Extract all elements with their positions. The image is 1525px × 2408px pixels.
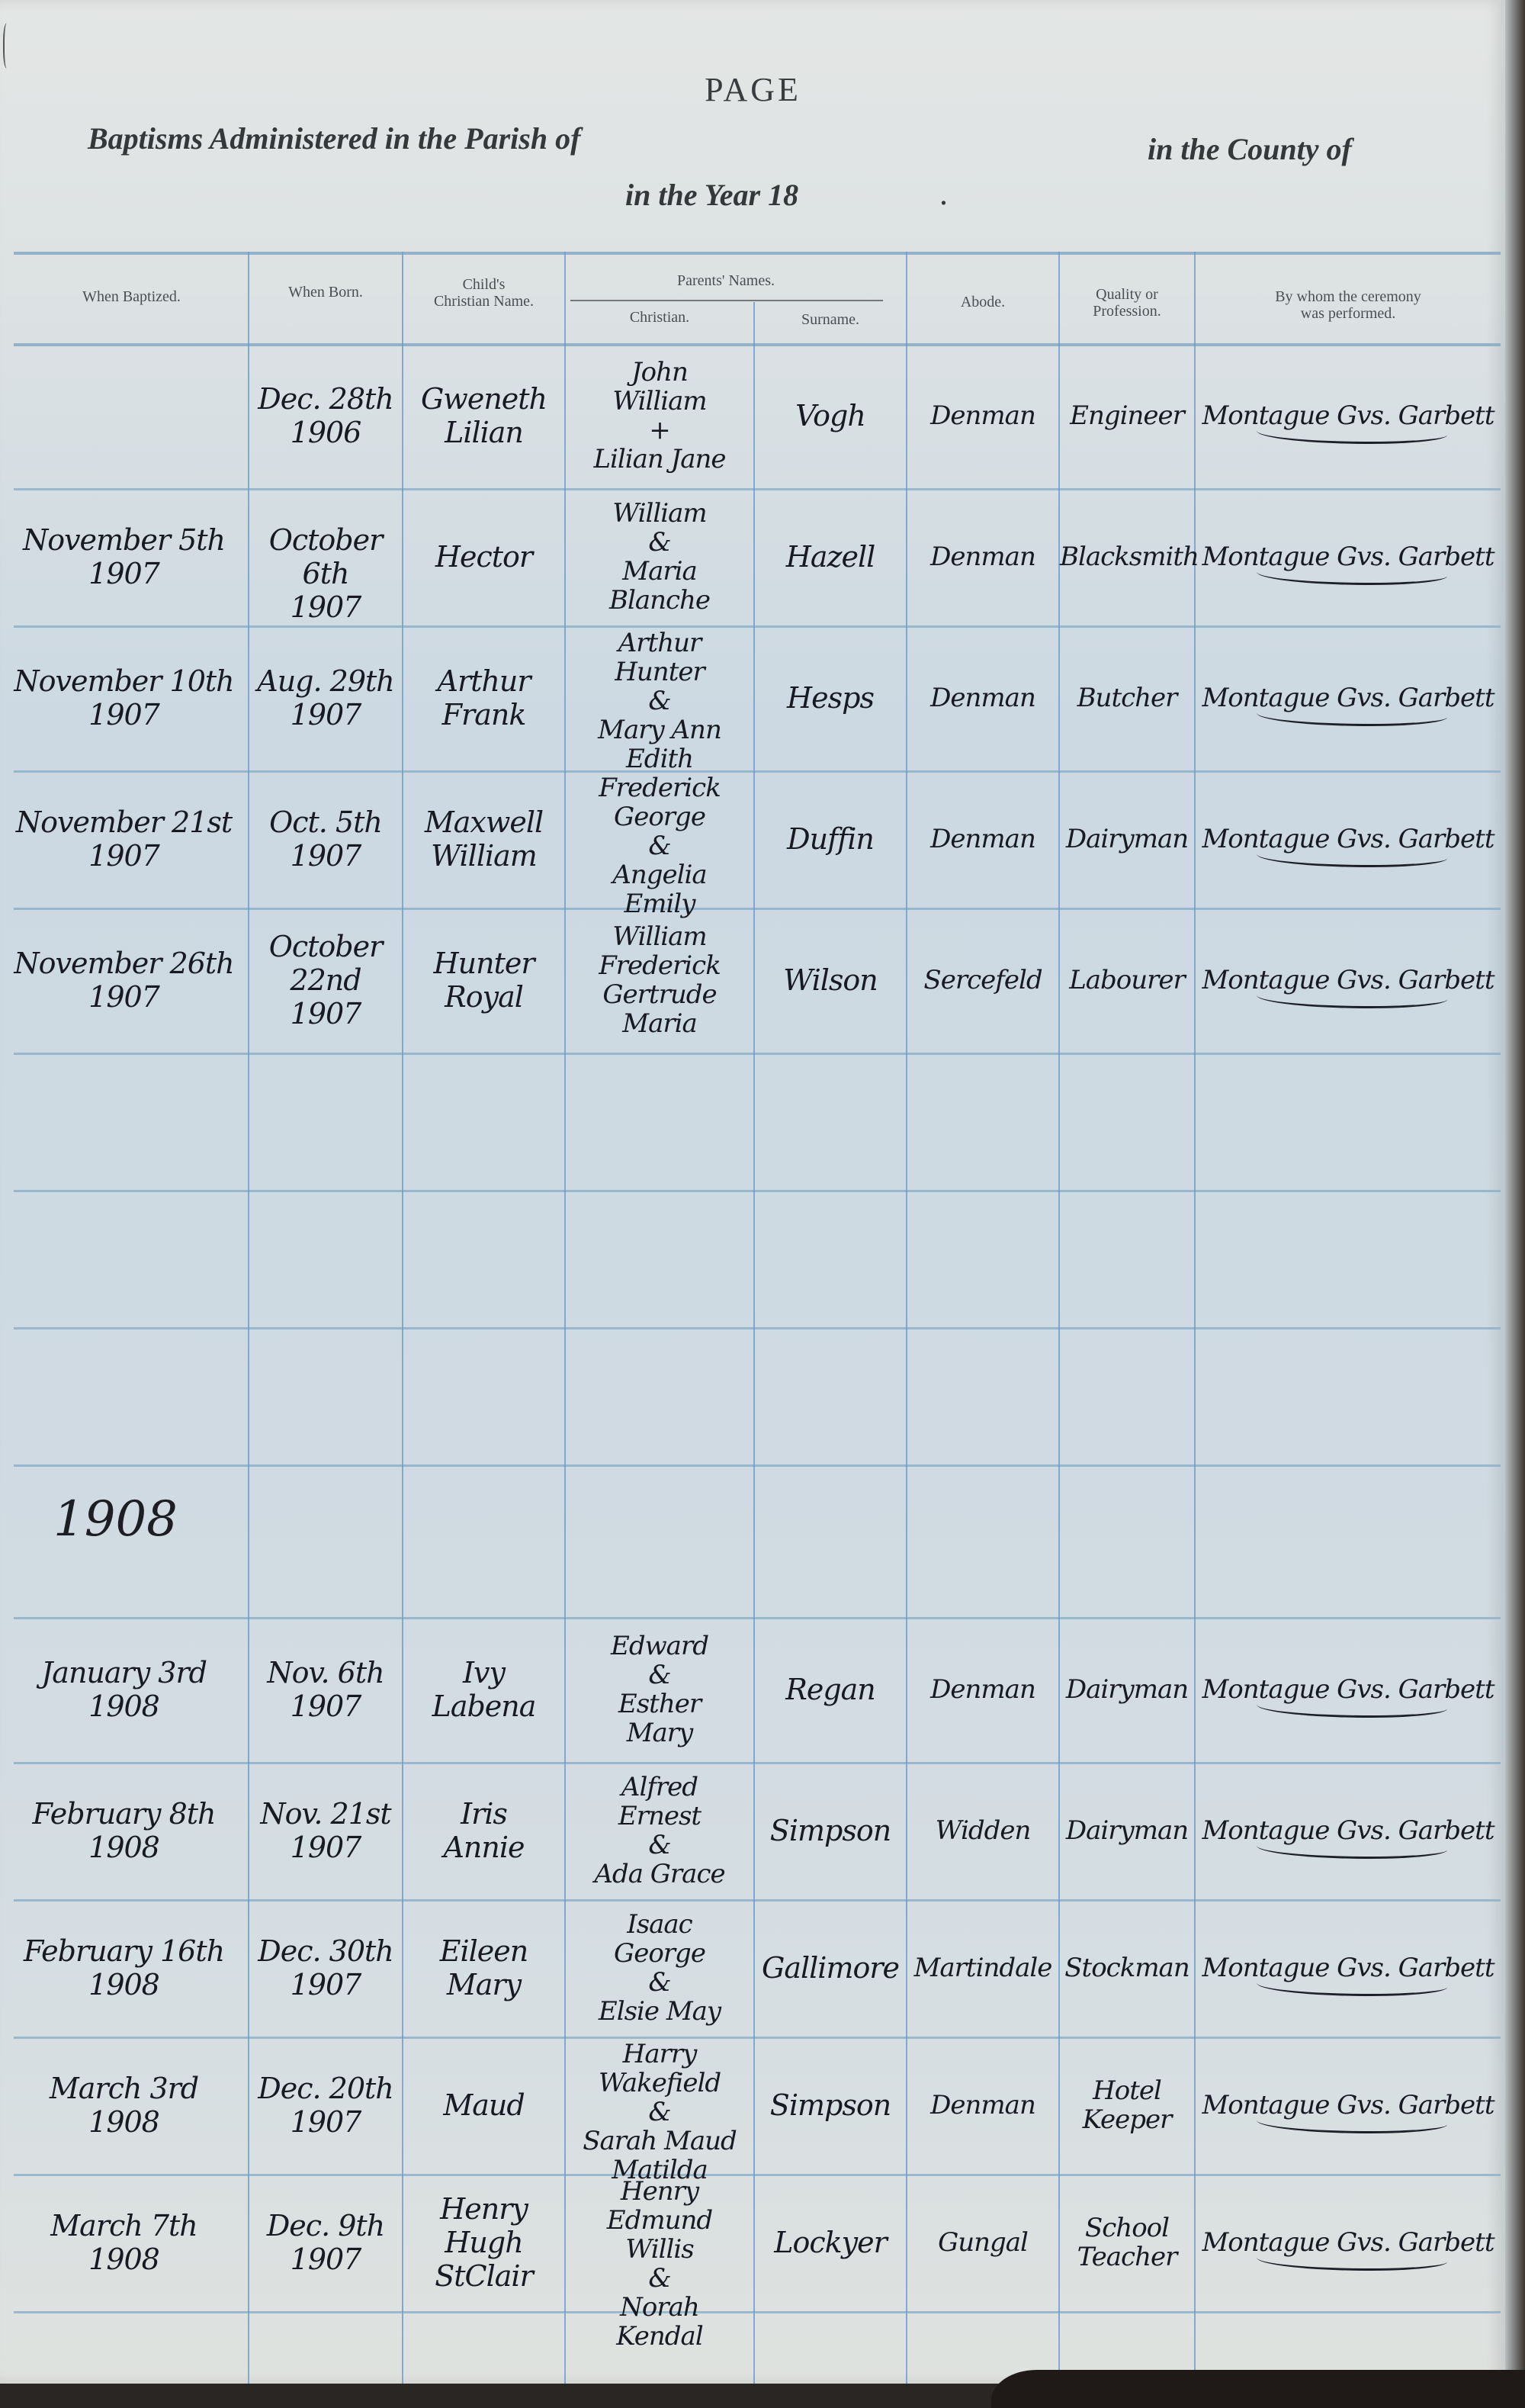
row-rule xyxy=(14,343,1501,346)
register-title: Baptisms Administered in the Parish of xyxy=(88,121,580,156)
cell-surname: Gallimore xyxy=(755,1951,906,1985)
cell-profession: Stockman xyxy=(1060,1953,1194,1982)
cell-parents-christian: Arthur Hunter & Mary Ann Edith xyxy=(566,629,753,773)
cell-child-name: Hunter Royal xyxy=(403,947,564,1014)
signature-flourish xyxy=(1257,1837,1447,1859)
cell-when-baptized: November 21st 1907 xyxy=(0,805,248,873)
cell-surname: Simpson xyxy=(755,2088,906,2122)
row-rule xyxy=(14,488,1501,490)
cell-abode: Denman xyxy=(907,401,1058,430)
cell-parents-christian: William & Maria Blanche xyxy=(566,499,753,615)
cell-when-born: Dec. 9th 1907 xyxy=(249,2209,402,2276)
cell-abode: Denman xyxy=(907,1675,1058,1704)
cell-when-born: Nov. 21st 1907 xyxy=(249,1797,402,1864)
col-child-name: Child's Christian Name. xyxy=(403,276,564,310)
cell-when-born: Dec. 30th 1907 xyxy=(249,1934,402,2001)
row-rule xyxy=(14,1464,1501,1467)
row-rule xyxy=(14,1327,1501,1329)
signature-flourish xyxy=(1257,845,1447,867)
cell-abode: Gungal xyxy=(907,2228,1058,2257)
county-label: in the County of xyxy=(1148,131,1352,167)
cell-when-baptized: November 10th 1907 xyxy=(0,664,248,731)
cell-profession: Blacksmith xyxy=(1060,542,1194,571)
cell-when-baptized: November 5th 1907 xyxy=(0,523,248,590)
cell-profession: Dairyman xyxy=(1060,825,1194,854)
cell-parents-christian: Alfred Ernest & Ada Grace xyxy=(566,1773,753,1889)
col-parents-christian: Christian. xyxy=(566,309,753,326)
cell-abode: Denman xyxy=(907,825,1058,854)
cell-when-baptized: February 8th 1908 xyxy=(0,1797,248,1864)
cell-surname: Simpson xyxy=(755,1814,906,1847)
row-rule xyxy=(14,2037,1501,2039)
row-rule xyxy=(14,1899,1501,1902)
column-rule xyxy=(906,252,907,2384)
row-rule xyxy=(14,252,1501,255)
cell-surname: Lockyer xyxy=(755,2226,906,2259)
row-rule xyxy=(14,908,1501,910)
cell-surname: Wilson xyxy=(755,963,906,997)
year-dot: . xyxy=(939,174,948,213)
row-rule xyxy=(14,1762,1501,1764)
row-rule xyxy=(14,1053,1501,1055)
cell-when-born: Dec. 28th 1906 xyxy=(249,382,402,449)
cell-child-name: Eileen Mary xyxy=(403,1934,564,2001)
signature-flourish xyxy=(1257,986,1447,1008)
cell-when-born: Oct. 5th 1907 xyxy=(249,805,402,873)
cell-parents-christian: Harry Wakefield & Sarah Maud Matilda xyxy=(566,2040,753,2185)
row-rule xyxy=(14,1617,1501,1619)
signature-flourish xyxy=(1257,1696,1447,1718)
cell-parents-christian: Edward & Esther Mary xyxy=(566,1632,753,1747)
cell-surname: Duffin xyxy=(755,822,906,856)
cell-abode: Denman xyxy=(907,2091,1058,2120)
cell-child-name: Maud xyxy=(403,2088,564,2122)
cell-when-born: Aug. 29th 1907 xyxy=(249,664,402,731)
signature-flourish xyxy=(1257,2111,1447,2133)
cell-profession: Dairyman xyxy=(1060,1816,1194,1845)
col-officiant: By whom the ceremony was performed. xyxy=(1196,288,1501,322)
cell-profession: Engineer xyxy=(1060,401,1194,430)
cell-surname: Vogh xyxy=(755,399,906,432)
cell-abode: Denman xyxy=(907,542,1058,571)
cell-when-baptized: November 26th 1907 xyxy=(0,947,248,1014)
parents-divider xyxy=(570,300,883,301)
cell-surname: Hazell xyxy=(755,540,906,574)
cell-profession: Labourer xyxy=(1060,966,1194,995)
cell-when-born: October 22nd 1907 xyxy=(249,930,402,1030)
cell-profession: School Teacher xyxy=(1060,2213,1194,2271)
cell-when-born: Nov. 6th 1907 xyxy=(249,1656,402,1723)
signature-flourish xyxy=(1257,704,1447,726)
cell-when-baptized: February 16th 1908 xyxy=(0,1934,248,2001)
column-rule xyxy=(753,302,755,2384)
col-when-born: When Born. xyxy=(249,284,402,301)
cell-surname: Regan xyxy=(755,1673,906,1706)
cell-profession: Dairyman xyxy=(1060,1675,1194,1704)
cell-parents-christian: Henry Edmund Willis & Norah Kendal xyxy=(566,2177,753,2351)
col-abode: Abode. xyxy=(907,294,1058,310)
signature-flourish xyxy=(1257,563,1447,585)
signature-flourish xyxy=(1257,2249,1447,2271)
cell-abode: Denman xyxy=(907,683,1058,712)
cell-when-born: Dec. 20th 1907 xyxy=(249,2072,402,2139)
cell-parents-christian: John William + Lilian Jane xyxy=(566,358,753,474)
cell-parents-christian: Frederick George & Angelia Emily xyxy=(566,773,753,918)
row-rule xyxy=(14,1190,1501,1192)
cell-child-name: Gweneth Lilian xyxy=(403,382,564,449)
cell-profession: Butcher xyxy=(1060,683,1194,712)
row-rule xyxy=(14,770,1501,773)
signature-flourish xyxy=(1257,422,1447,444)
cell-abode: Sercefeld xyxy=(907,966,1058,995)
col-parents-names: Parents' Names. xyxy=(566,272,886,289)
year-marker: 1908 xyxy=(53,1491,178,1548)
binding-mark xyxy=(3,23,12,69)
cell-child-name: Maxwell William xyxy=(403,805,564,873)
signature-flourish xyxy=(1257,1974,1447,1996)
cell-child-name: Ivy Labena xyxy=(403,1656,564,1723)
cell-child-name: Henry Hugh StClair xyxy=(403,2192,564,2293)
page-edge xyxy=(1505,0,1525,2408)
cell-child-name: Iris Annie xyxy=(403,1797,564,1864)
register-page: PAGE Baptisms Administered in the Parish… xyxy=(0,0,1506,2384)
cell-child-name: Arthur Frank xyxy=(403,664,564,731)
cell-when-baptized: January 3rd 1908 xyxy=(0,1656,248,1723)
col-quality: Quality or Profession. xyxy=(1060,286,1194,320)
col-parents-surname: Surname. xyxy=(755,311,906,328)
cell-surname: Hesps xyxy=(755,681,906,715)
cell-child-name: Hector xyxy=(403,540,564,574)
cell-when-baptized: March 7th 1908 xyxy=(0,2209,248,2276)
col-when-baptized: When Baptized. xyxy=(15,288,248,305)
row-rule xyxy=(14,2311,1501,2313)
year-label: in the Year 18 xyxy=(625,177,798,213)
cell-when-baptized: March 3rd 1908 xyxy=(0,2072,248,2139)
cell-parents-christian: William Frederick Gertrude Maria xyxy=(566,922,753,1038)
cell-profession: Hotel Keeper xyxy=(1060,2076,1194,2134)
row-rule xyxy=(14,625,1501,628)
book-shadow xyxy=(991,2370,1525,2408)
cell-when-born: October 6th 1907 xyxy=(249,523,402,624)
cell-abode: Widden xyxy=(907,1816,1058,1845)
row-rule xyxy=(14,2174,1501,2176)
page-label: PAGE xyxy=(0,70,1506,109)
cell-parents-christian: Isaac George & Elsie May xyxy=(566,1910,753,2026)
cell-abode: Martindale xyxy=(907,1953,1058,1982)
